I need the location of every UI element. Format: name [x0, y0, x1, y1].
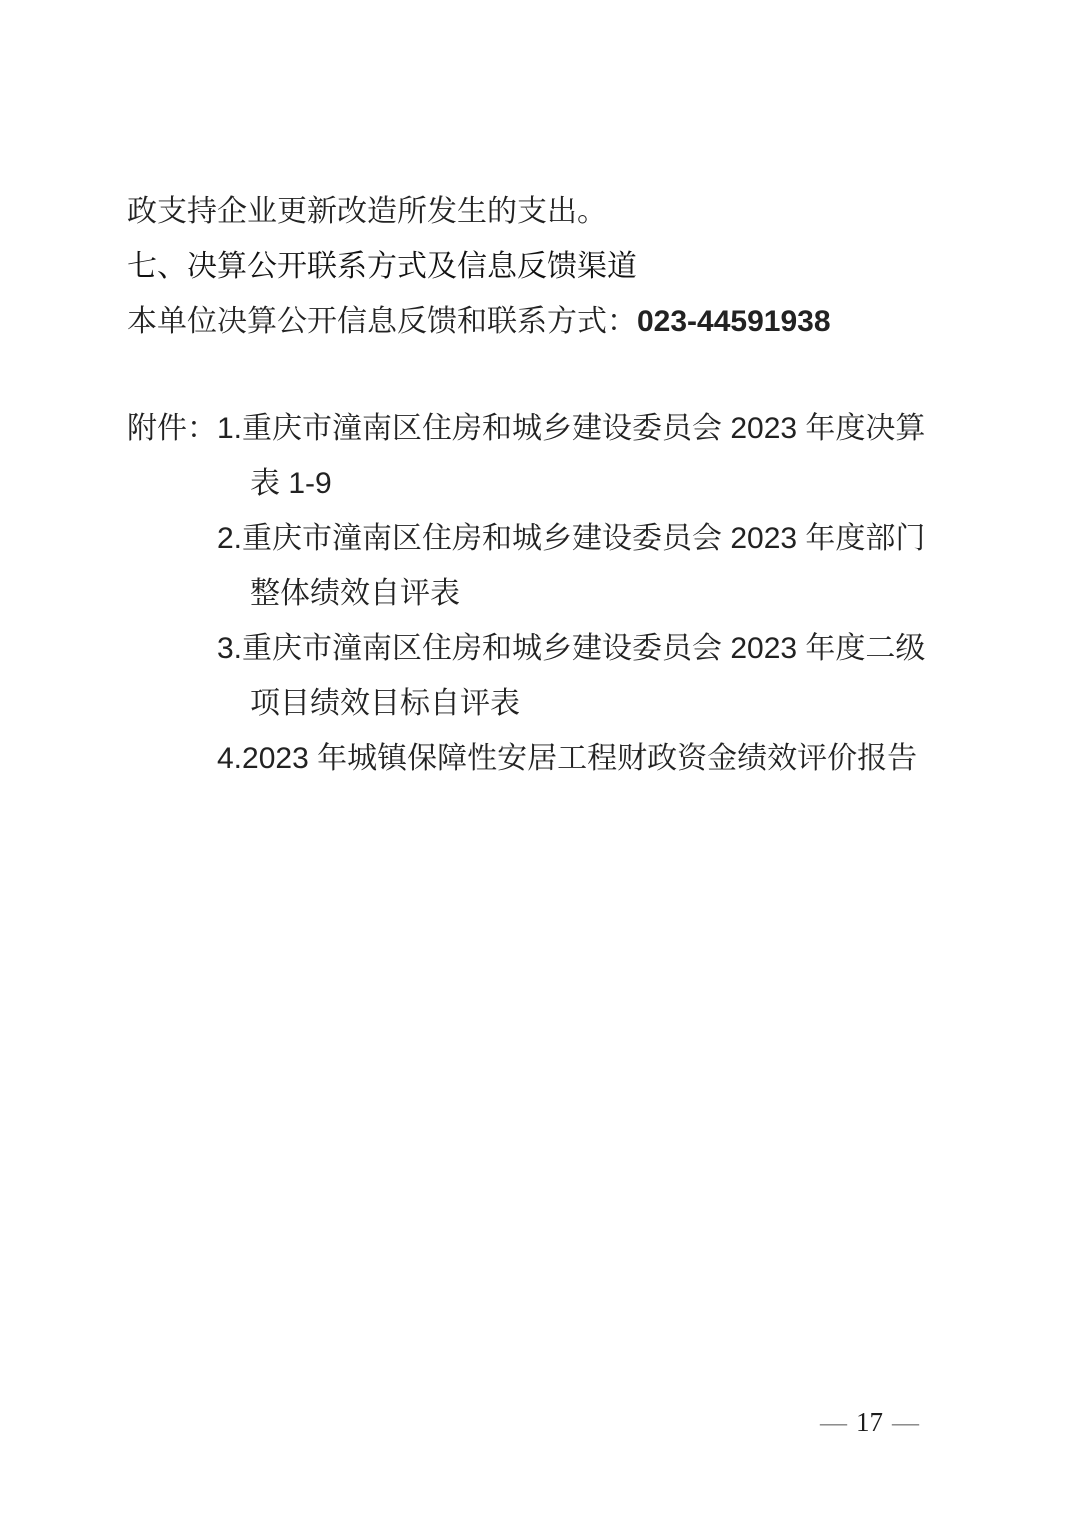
attachment-item-4: 4.2023 年城镇保障性安居工程财政资金绩效评价报告	[217, 731, 955, 786]
contact-line: 本单位决算公开信息反馈和联系方式：023-44591938	[127, 294, 955, 349]
contact-label: 本单位决算公开信息反馈和联系方式：	[127, 305, 637, 338]
attachment-line: 3.重庆市潼南区住房和城乡建设委员会 2023 年度二级	[217, 621, 955, 676]
attachments-block: 附件： 1.重庆市潼南区住房和城乡建设委员会 2023 年度决算 表 1-9 2…	[127, 401, 955, 786]
attachment-item-3: 3.重庆市潼南区住房和城乡建设委员会 2023 年度二级 项目绩效目标自评表	[217, 621, 955, 731]
document-content: 政支持企业更新改造所发生的支出。 七、决算公开联系方式及信息反馈渠道 本单位决算…	[127, 184, 955, 786]
attachment-line: 表 1-9	[217, 456, 955, 511]
attachment-line: 2.重庆市潼南区住房和城乡建设委员会 2023 年度部门	[217, 511, 955, 566]
attachment-line: 整体绩效自评表	[217, 566, 955, 621]
footer-dash-left: —	[820, 1407, 847, 1437]
attachment-item-1: 1.重庆市潼南区住房和城乡建设委员会 2023 年度决算 表 1-9	[217, 401, 955, 511]
page-number: 17	[856, 1407, 883, 1437]
attachment-line: 项目绩效目标自评表	[217, 676, 955, 731]
document-page: 政支持企业更新改造所发生的支出。 七、决算公开联系方式及信息反馈渠道 本单位决算…	[0, 0, 1075, 1520]
attachments-label: 附件：	[127, 401, 217, 456]
attachment-line: 1.重庆市潼南区住房和城乡建设委员会 2023 年度决算	[217, 401, 955, 456]
footer-dash-right: —	[892, 1407, 919, 1437]
attachment-line: 4.2023 年城镇保障性安居工程财政资金绩效评价报告	[217, 731, 955, 786]
attachment-item-2: 2.重庆市潼南区住房和城乡建设委员会 2023 年度部门 整体绩效自评表	[217, 511, 955, 621]
contact-phone-number: 023-44591938	[637, 305, 831, 338]
attachments-list: 1.重庆市潼南区住房和城乡建设委员会 2023 年度决算 表 1-9 2.重庆市…	[217, 401, 955, 786]
paragraph-continuation: 政支持企业更新改造所发生的支出。	[127, 184, 955, 239]
page-footer: —17—	[820, 1402, 919, 1442]
section-heading: 七、决算公开联系方式及信息反馈渠道	[127, 239, 955, 294]
